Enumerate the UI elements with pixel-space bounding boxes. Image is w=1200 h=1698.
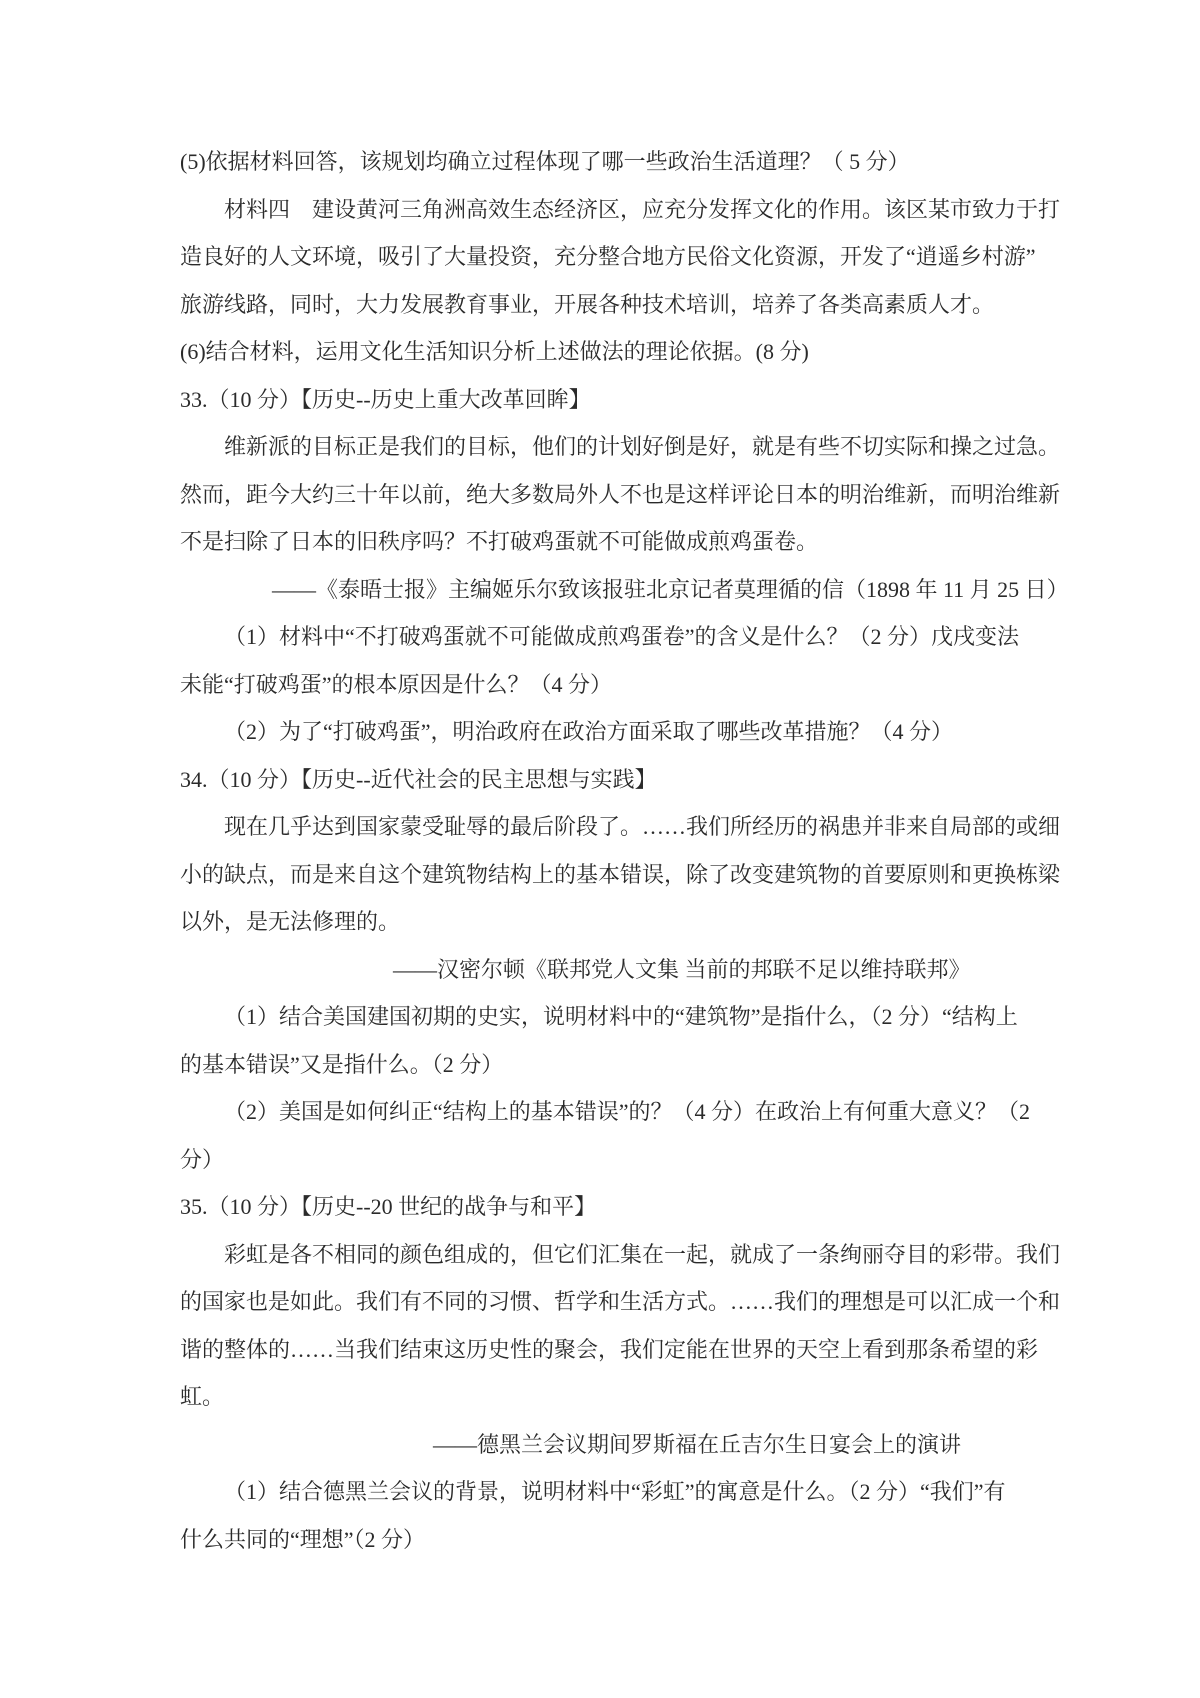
question-6-prompt: (6)结合材料，运用文化生活知识分析上述做法的理论依据。(8 分): [180, 328, 1060, 376]
exam-page: (5)依据材料回答，该规划均确立过程体现了哪一些政治生活道理？（ 5 分） 材料…: [0, 0, 1200, 1698]
q33-source-citation: ——《泰晤士报》主编姬乐尔致该报驻北京记者莫理循的信（1898 年 11 月 2…: [180, 566, 1060, 614]
q34-sub-question-1-line-1: （1）结合美国建国初期的史实，说明材料中的“建筑物”是指什么，（2 分）“结构上: [180, 993, 1060, 1041]
q35-sub-question-1-line-1: （1）结合德黑兰会议的背景，说明材料中“彩虹”的寓意是什么。（2 分）“我们”有: [180, 1468, 1060, 1516]
q33-sub-question-1-line-1: （1）材料中“不打破鸡蛋就不可能做成煎鸡蛋卷”的含义是什么？（2 分）戊戌变法: [180, 613, 1060, 661]
q33-material-line-2: 然而，距今大约三十年以前，绝大多数局外人不也是这样评论日本的明治维新，而明治维新: [180, 471, 1060, 519]
q35-source-citation: ——德黑兰会议期间罗斯福在丘吉尔生日宴会上的演讲: [180, 1421, 1060, 1469]
q34-material-line-1: 现在几乎达到国家蒙受耻辱的最后阶段了。……我们所经历的祸患并非来自局部的或细: [180, 803, 1060, 851]
question-5-prompt: (5)依据材料回答，该规划均确立过程体现了哪一些政治生活道理？（ 5 分）: [180, 138, 1060, 186]
question-35-heading: 35.（10 分）【历史--20 世纪的战争与和平】: [180, 1183, 1060, 1231]
q34-source-citation: ——汉密尔顿《联邦党人文集 当前的邦联不足以维持联邦》: [180, 946, 1060, 994]
q35-material-line-3: 谐的整体的……当我们结束这历史性的聚会，我们定能在世界的天空上看到那条希望的彩: [180, 1326, 1060, 1374]
q34-sub-question-2-line-2: 分）: [180, 1136, 1060, 1184]
material-4-line-1: 材料四 建设黄河三角洲高效生态经济区，应充分发挥文化的作用。该区某市致力于打: [180, 186, 1060, 234]
q35-sub-question-1-line-2: 什么共同的“理想”（2 分）: [180, 1516, 1060, 1564]
exam-text-block: (5)依据材料回答，该规划均确立过程体现了哪一些政治生活道理？（ 5 分） 材料…: [180, 138, 1060, 1563]
q34-material-line-3: 以外，是无法修理的。: [180, 898, 1060, 946]
q34-sub-question-1-line-2: 的基本错误”又是指什么。（2 分）: [180, 1041, 1060, 1089]
question-34-heading: 34.（10 分）【历史--近代社会的民主思想与实践】: [180, 756, 1060, 804]
q35-material-line-1: 彩虹是各不相同的颜色组成的，但它们汇集在一起，就成了一条绚丽夺目的彩带。我们: [180, 1231, 1060, 1279]
q34-material-line-2: 小的缺点，而是来自这个建筑物结构上的基本错误，除了改变建筑物的首要原则和更换栋梁: [180, 851, 1060, 899]
q34-sub-question-2-line-1: （2）美国是如何纠正“结构上的基本错误”的？（4 分）在政治上有何重大意义？（2: [180, 1088, 1060, 1136]
q33-sub-question-2: （2）为了“打破鸡蛋”，明治政府在政治方面采取了哪些改革措施？（4 分）: [180, 708, 1060, 756]
q33-sub-question-1-line-2: 未能“打破鸡蛋”的根本原因是什么？（4 分）: [180, 661, 1060, 709]
material-4-line-3: 旅游线路，同时，大力发展教育事业，开展各种技术培训，培养了各类高素质人才。: [180, 281, 1060, 329]
question-33-heading: 33.（10 分）【历史--历史上重大改革回眸】: [180, 376, 1060, 424]
q33-material-line-1: 维新派的目标正是我们的目标，他们的计划好倒是好，就是有些不切实际和操之过急。: [180, 423, 1060, 471]
q35-material-line-2: 的国家也是如此。我们有不同的习惯、哲学和生活方式。……我们的理想是可以汇成一个和: [180, 1278, 1060, 1326]
q35-material-line-4: 虹。: [180, 1373, 1060, 1421]
material-4-line-2: 造良好的人文环境，吸引了大量投资，充分整合地方民俗文化资源，开发了“逍遥乡村游”: [180, 233, 1060, 281]
q33-material-line-3: 不是扫除了日本的旧秩序吗？不打破鸡蛋就不可能做成煎鸡蛋卷。: [180, 518, 1060, 566]
